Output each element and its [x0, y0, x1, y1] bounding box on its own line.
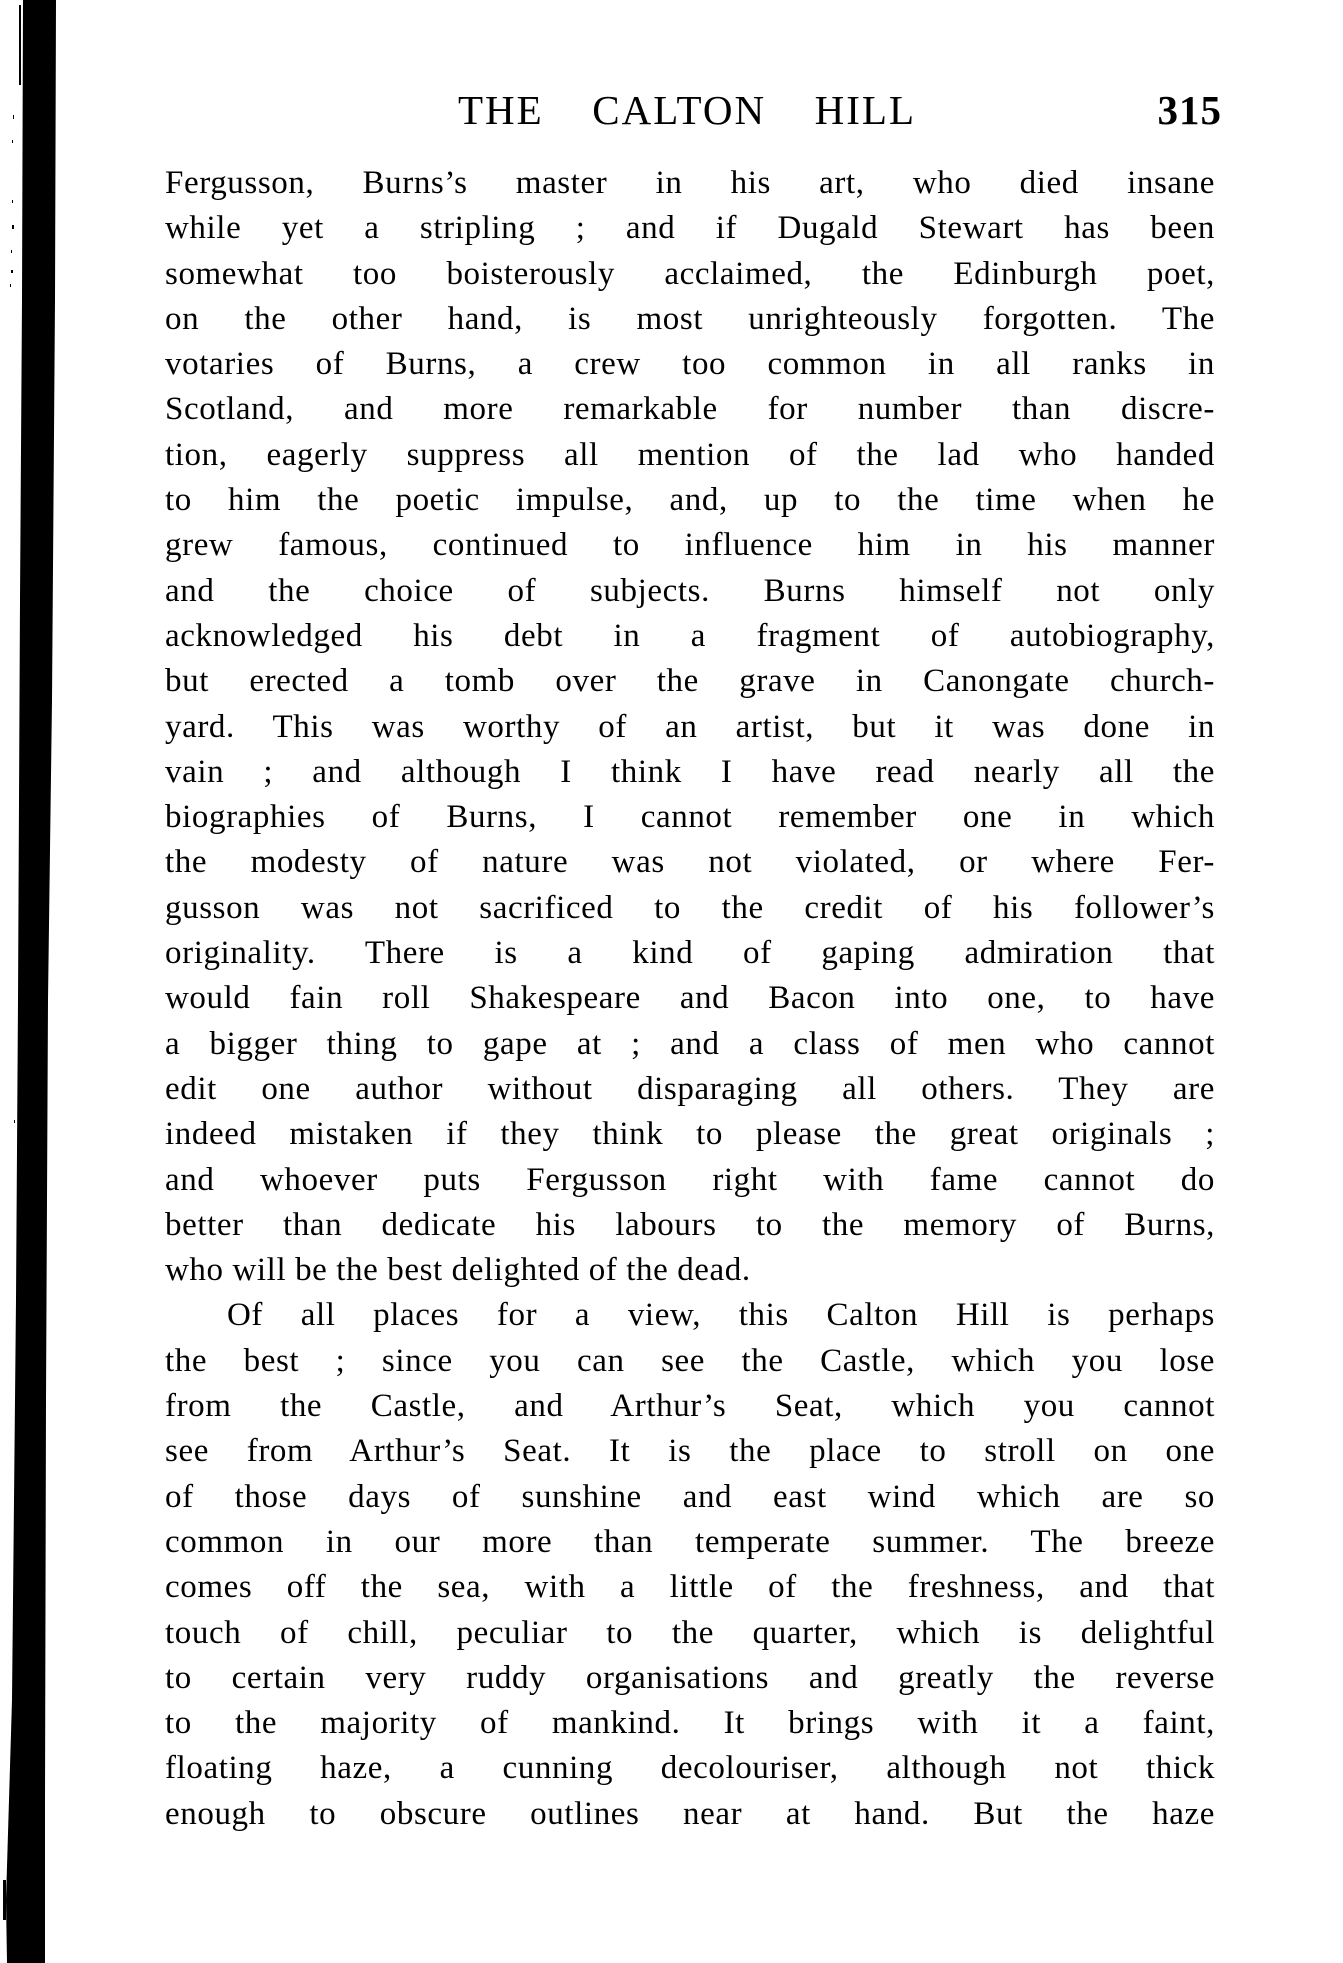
- text-line: and the choice of subjects. Burns himsel…: [165, 569, 1215, 614]
- text-line: common in our more than temperate summer…: [165, 1520, 1215, 1565]
- text-line: edit one author without disparaging all …: [165, 1067, 1215, 1112]
- text-line: the modesty of nature was not violated, …: [165, 840, 1215, 885]
- text-line: somewhat too boisterously acclaimed, the…: [165, 252, 1215, 297]
- page-number: 315: [1150, 86, 1222, 134]
- text-line: enough to obscure outlines near at hand.…: [165, 1792, 1215, 1837]
- text-line: originality. There is a kind of gaping a…: [165, 931, 1215, 976]
- text-line: would fain roll Shakespeare and Bacon in…: [165, 976, 1215, 1021]
- text-line: from the Castle, and Arthur’s Seat, whic…: [165, 1384, 1215, 1429]
- text-line: floating haze, a cunning decolouriser, a…: [165, 1746, 1215, 1791]
- page-body: Fergusson, Burns’s master in his art, wh…: [165, 161, 1215, 1837]
- text-line: and whoever puts Fergusson right with fa…: [165, 1158, 1215, 1203]
- text-line: touch of chill, peculiar to the quarter,…: [165, 1611, 1215, 1656]
- text-line: Of all places for a view, this Calton Hi…: [165, 1293, 1215, 1338]
- text-line: the best ; since you can see the Castle,…: [165, 1339, 1215, 1384]
- text-line: yard. This was worthy of an artist, but …: [165, 705, 1215, 750]
- text-line: Fergusson, Burns’s master in his art, wh…: [165, 161, 1215, 206]
- text-line: who will be the best delighted of the de…: [165, 1248, 1215, 1293]
- text-line: indeed mistaken if they think to please …: [165, 1112, 1215, 1157]
- text-line: votaries of Burns, a crew too common in …: [165, 342, 1215, 387]
- running-head: THE CALTON HILL 315: [0, 0, 1343, 140]
- paragraph-1: Fergusson, Burns’s master in his art, wh…: [165, 161, 1215, 1293]
- running-title: THE CALTON HILL: [458, 86, 916, 134]
- text-line: gusson was not sacrificed to the credit …: [165, 886, 1215, 931]
- text-line: comes off the sea, with a little of the …: [165, 1565, 1215, 1610]
- text-line: to certain very ruddy organisations and …: [165, 1656, 1215, 1701]
- text-line: see from Arthur’s Seat. It is the place …: [165, 1429, 1215, 1474]
- text-line: tion, eagerly suppress all mention of th…: [165, 433, 1215, 478]
- text-line: grew famous, continued to influence him …: [165, 523, 1215, 568]
- paragraph-2: Of all places for a view, this Calton Hi…: [165, 1293, 1215, 1837]
- text-line: to him the poetic impulse, and, up to th…: [165, 478, 1215, 523]
- text-line: but erected a tomb over the grave in Can…: [165, 659, 1215, 704]
- text-line: while yet a stripling ; and if Dugald St…: [165, 206, 1215, 251]
- text-line: to the majority of mankind. It brings wi…: [165, 1701, 1215, 1746]
- text-line: vain ; and although I think I have read …: [165, 750, 1215, 795]
- text-line: Scotland, and more remarkable for number…: [165, 387, 1215, 432]
- text-line: on the other hand, is most unrighteously…: [165, 297, 1215, 342]
- text-line: of those days of sunshine and east wind …: [165, 1475, 1215, 1520]
- text-line: acknowledged his debt in a fragment of a…: [165, 614, 1215, 659]
- scan-speckles: [0, 0, 22, 1963]
- text-line: better than dedicate his labours to the …: [165, 1203, 1215, 1248]
- text-line: biographies of Burns, I cannot remember …: [165, 795, 1215, 840]
- text-line: a bigger thing to gape at ; and a class …: [165, 1022, 1215, 1067]
